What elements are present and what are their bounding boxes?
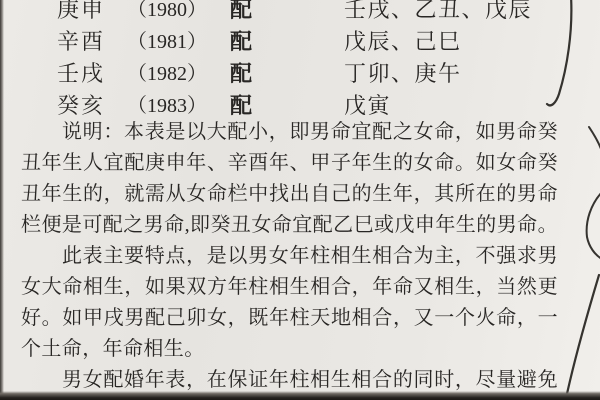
female-match-years: 戊寅 xyxy=(344,89,391,120)
text-line: 个土命，年命相生。 xyxy=(21,334,558,365)
scan-edge-bottom xyxy=(0,391,600,400)
male-year-stem-branch: 庚申 xyxy=(57,0,105,24)
text-line: 此表主要特点，是以男女年柱相生相合为主，不强求男 xyxy=(21,241,558,272)
pen-mark-diagonal-icon xyxy=(565,275,599,400)
explanation-text: 说明：本表是以大配小，即男命宜配之女命，如男命癸 丑年生人宜配庚申年、辛酉年、甲… xyxy=(21,117,558,396)
table-row: 庚申 （1980） 配 壬戌、乙丑、戊辰 xyxy=(0,0,600,25)
text-line: 丑年生的，就需从女命栏中找出自己的生年，其所在的男命 xyxy=(21,179,558,210)
text-line: 说明：本表是以大配小，即男命宜配之女命，如男命癸 xyxy=(21,117,558,148)
match-verb: 配 xyxy=(230,0,252,24)
text-line: 栏便是可配之男命,即癸丑女命宜配乙巳或戊申年生的男命。 xyxy=(21,210,558,241)
male-year-stem-branch: 壬戌 xyxy=(57,57,105,88)
female-match-years: 戊辰、己巳 xyxy=(344,25,462,56)
male-year-number: （1981） xyxy=(127,25,207,54)
scanned-document-page: 庚申 （1980） 配 壬戌、乙丑、戊辰 辛酉 （1981） 配 戊辰、己巳 壬… xyxy=(0,0,600,400)
female-match-years: 壬戌、乙丑、戊辰 xyxy=(344,0,532,24)
male-year-stem-branch: 辛酉 xyxy=(57,25,105,56)
match-verb: 配 xyxy=(230,25,252,56)
pen-mark-parenthesis-icon xyxy=(587,192,600,259)
male-year-stem-branch: 癸亥 xyxy=(57,89,105,120)
male-year-number: （1982） xyxy=(127,57,207,86)
male-year-number: （1980） xyxy=(127,0,207,22)
text-line: 丑年生人宜配庚申年、辛酉年、甲子年生的女命。如女命癸 xyxy=(21,148,558,179)
table-row: 辛酉 （1981） 配 戊辰、己巳 xyxy=(0,25,600,57)
match-verb: 配 xyxy=(230,89,252,120)
female-match-years: 丁卯、庚午 xyxy=(344,57,462,88)
pen-mark-check-icon xyxy=(589,127,600,149)
text-line: 好。如甲戌男配己卯女，既年柱天地相合，又一个火命，一 xyxy=(21,303,558,334)
table-row: 壬戌 （1982） 配 丁卯、庚午 xyxy=(0,57,600,89)
match-verb: 配 xyxy=(230,57,252,88)
text-line: 女大命相生，如果双方年柱相生相合，年命又相生，当然更 xyxy=(21,272,558,303)
scan-edge-left xyxy=(0,0,4,400)
marriage-match-table: 庚申 （1980） 配 壬戌、乙丑、戊辰 辛酉 （1981） 配 戊辰、己巳 壬… xyxy=(0,0,600,123)
male-year-number: （1983） xyxy=(127,89,207,118)
